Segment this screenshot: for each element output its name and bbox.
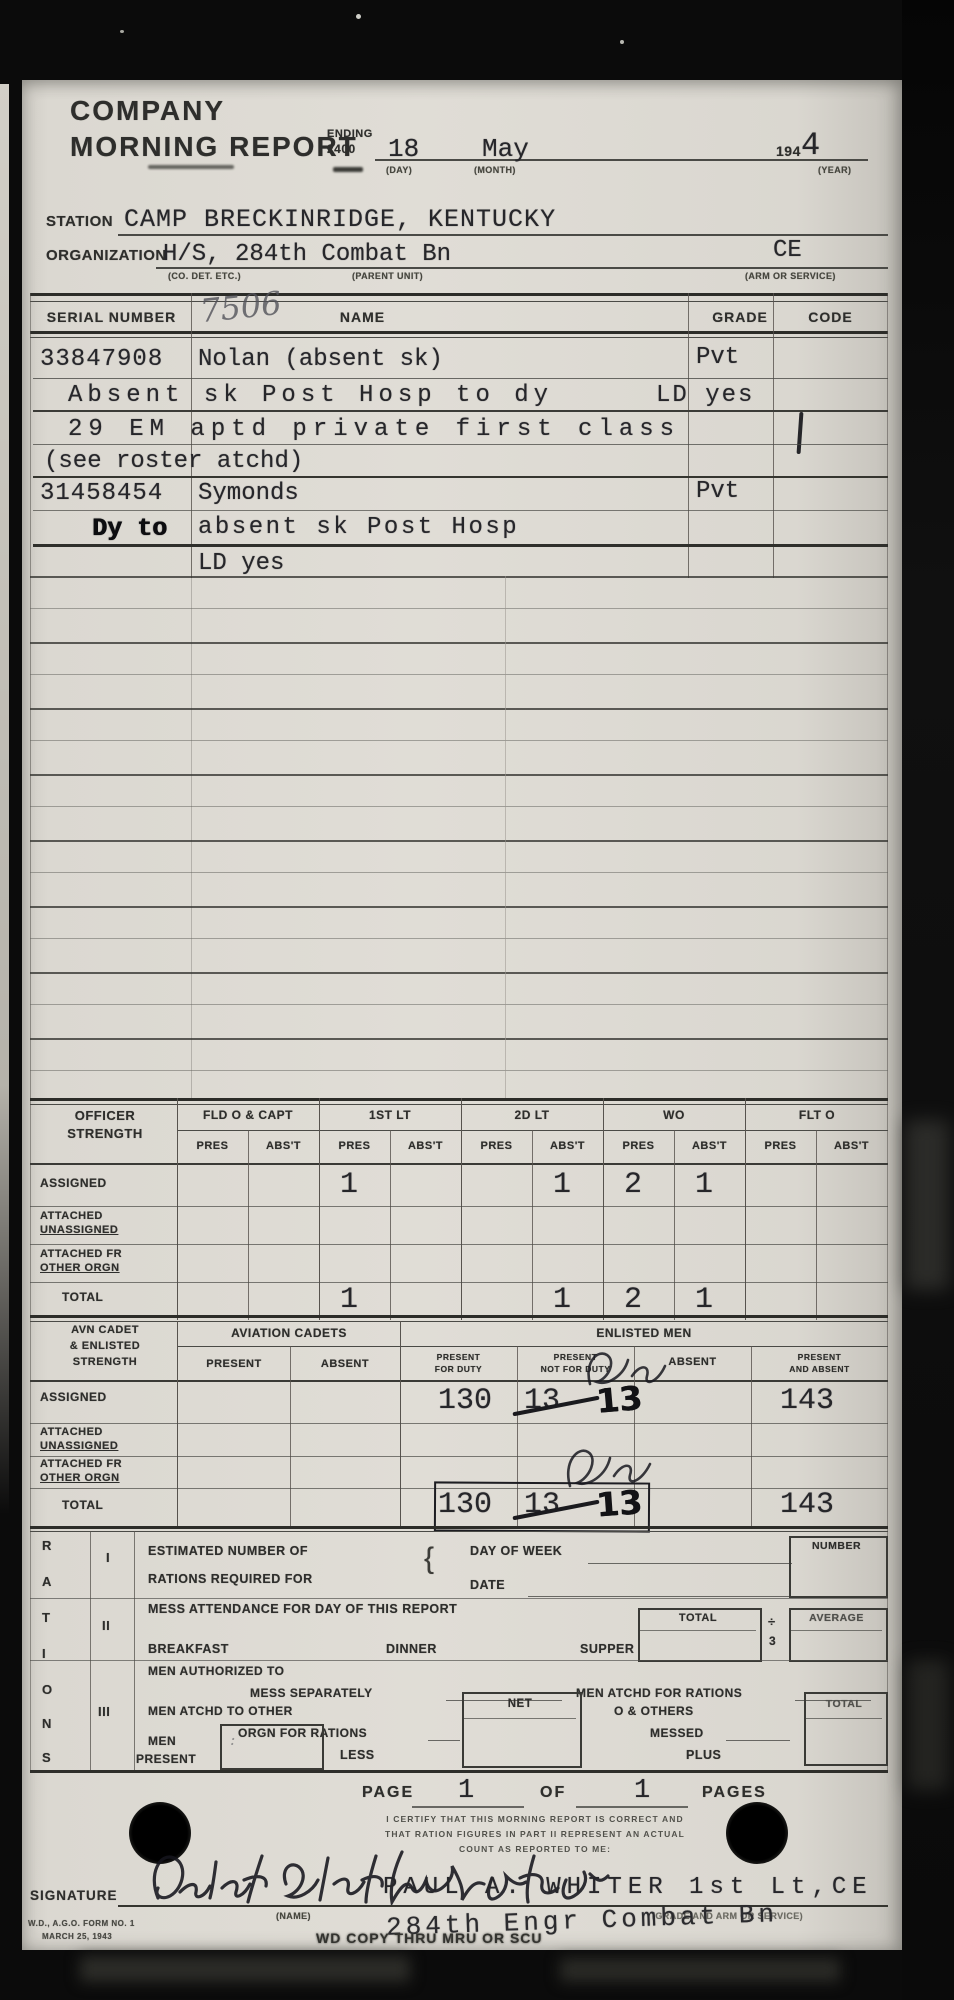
enlisted-row-attached-fr: OTHER ORGN [40, 1472, 120, 1484]
certify-line1: I CERTIFY THAT THIS MORNING REPORT IS CO… [330, 1812, 740, 1827]
ending-label: ENDING [327, 128, 373, 140]
date-rule-line [375, 159, 868, 161]
entry2-serial: 31458454 [40, 480, 163, 507]
av-absent: ABSENT [292, 1358, 398, 1370]
row-line [33, 444, 888, 445]
enlisted-header: & ENLISTED [40, 1340, 170, 1352]
rations-numeral-2: II [102, 1618, 110, 1633]
certify-line2: THAT RATION FIGURES IN PART II REPRESENT… [330, 1827, 740, 1842]
officer-row-attached-fr: ATTACHED FR [40, 1248, 122, 1260]
enlisted-row-attached-unassigned: UNASSIGNED [40, 1440, 118, 1452]
table-border [30, 1526, 888, 1529]
pen-scrawl [558, 1442, 654, 1492]
month-label: (MONTH) [474, 165, 516, 175]
signed-name-typed: PAUL A. WHITER 1st Lt,CE [383, 1874, 873, 1901]
supper-label: SUPPER [580, 1642, 634, 1656]
men-present-box [220, 1724, 324, 1770]
section-line [30, 1660, 888, 1661]
entry1-line2: Absent sk Post Hosp to dy [68, 382, 553, 409]
rations-numeral-1: I [106, 1550, 110, 1565]
paper-crease [505, 576, 506, 1100]
sub-abst: ABS'T [250, 1140, 317, 1152]
row-line [33, 378, 888, 379]
divide-sign: ÷ [768, 1614, 776, 1629]
pages-label: PAGES [702, 1784, 767, 1802]
box-inner-line [791, 1630, 882, 1631]
roster-col-name: NAME [310, 309, 415, 325]
av-present: PRESENT [179, 1358, 289, 1370]
entry1-line2-right: LD yes [656, 382, 754, 409]
sub-pres: PRES [463, 1140, 530, 1152]
officer-strength-header: OFFICER [40, 1108, 170, 1123]
table-border [30, 301, 888, 302]
scan-speck [120, 30, 124, 33]
column-line [290, 1346, 291, 1526]
men-authorized-label: MEN AUTHORIZED TO [148, 1664, 285, 1678]
section-line [30, 1598, 888, 1599]
entry1-line4: (see roster atchd) [44, 448, 303, 475]
blank-ruled-lines [30, 576, 888, 1100]
officer-total-1stlt-pres: 1 [340, 1283, 370, 1317]
officer-row-attached-unassigned: ATTACHED [40, 1210, 103, 1222]
enlisted-row-attached-fr: ATTACHED FR [40, 1458, 122, 1470]
officer-group1: FLD O & CAPT [180, 1108, 316, 1122]
enlisted-row-attached-unassigned: ATTACHED [40, 1426, 103, 1438]
officer-group5: FLT O [748, 1108, 886, 1122]
divide-by: 3 [769, 1634, 776, 1648]
officer-total-wo-pres: 2 [624, 1283, 654, 1317]
wd-copy-label: WD COPY THRU MRU OR SCU [316, 1930, 543, 1946]
table-border [30, 1321, 888, 1322]
messed-label: MESSED [650, 1726, 704, 1740]
col-present-and-absent: PRESENT [753, 1352, 886, 1362]
rations-total-label: TOTAL [804, 1698, 884, 1710]
brace: { [424, 1542, 435, 1576]
faint-pen-mark: : [230, 1730, 235, 1749]
sub-pres: PRES [321, 1140, 388, 1152]
officer-total-2dlt-abst: 1 [553, 1283, 583, 1317]
column-line [674, 1130, 675, 1320]
year-typed: 4 [801, 127, 820, 164]
breakfast-label: BREAKFAST [148, 1642, 229, 1656]
entry1-name: Nolan (absent sk) [198, 346, 443, 373]
men-atchd-rations-label: MEN ATCHD FOR RATIONS [576, 1686, 742, 1700]
fill-line [726, 1740, 790, 1741]
column-line [751, 1346, 752, 1526]
day-value: 18 [388, 134, 419, 164]
row-line [30, 1244, 888, 1245]
station-label: STATION [46, 213, 113, 230]
officer-assigned-2dlt-abst: 1 [553, 1168, 583, 1202]
assigned-present-and-absent: 143 [762, 1384, 852, 1418]
arm-service-label: (ARM OR SERVICE) [745, 271, 836, 281]
row-line [33, 410, 888, 412]
ink-smudge [333, 167, 363, 172]
column-line [134, 1531, 135, 1772]
co-det-label: (CO. DET. ETC.) [168, 271, 241, 281]
of-label: OF [540, 1784, 566, 1802]
men-label: MEN [148, 1734, 176, 1748]
entry1-line3: 29 EM aptd private first class [68, 416, 680, 443]
col-present-for-duty: PRESENT [402, 1352, 515, 1362]
officer-strength-header: STRENGTH [40, 1126, 170, 1141]
column-line [688, 293, 689, 578]
pen-scrawl [580, 1346, 670, 1390]
form-title-line1: COMPANY [70, 95, 225, 127]
enlisted-men-group: ENLISTED MEN [402, 1326, 886, 1340]
officer-total-wo-abst: 1 [695, 1283, 725, 1317]
assigned-present-for-duty: 130 [420, 1384, 510, 1418]
box-inner-line [464, 1718, 576, 1719]
roster-col-code: CODE [778, 309, 883, 325]
scan-smudge [907, 1660, 949, 1790]
arm-service-value: CE [773, 237, 802, 264]
column-line [390, 1130, 391, 1320]
officer-row-attached-fr: OTHER ORGN [40, 1262, 120, 1274]
station-value: CAMP BRECKINRIDGE, KENTUCKY [124, 205, 556, 234]
enlisted-header: AVN CADET [40, 1324, 170, 1336]
organization-label: ORGANIZATION [46, 247, 167, 264]
officer-assigned-wo-pres: 2 [624, 1168, 654, 1202]
entry1-serial: 33847908 [40, 346, 163, 373]
form-title-line2: MORNING REPORT [70, 131, 358, 163]
sub-abst: ABS'T [818, 1140, 885, 1152]
ink-smudge [148, 165, 234, 169]
enlisted-row-assigned: ASSIGNED [40, 1390, 107, 1404]
officer-row-attached-unassigned: UNASSIGNED [40, 1224, 118, 1236]
table-border [30, 1104, 888, 1105]
page-value: 1 [458, 1776, 474, 1806]
sub-pres: PRES [605, 1140, 672, 1152]
column-line [177, 1098, 178, 1320]
fill-line [528, 1596, 792, 1597]
rations-numeral-3: III [98, 1704, 110, 1719]
scanned-morning-report: COMPANY MORNING REPORT ENDING 2400 18 (D… [0, 0, 954, 2000]
officer-group4: WO [606, 1108, 742, 1122]
signature-label: SIGNATURE [30, 1888, 118, 1903]
table-border [30, 293, 888, 296]
row-line [30, 1282, 888, 1283]
mess-separately-label: MESS SEPARATELY [250, 1686, 373, 1700]
table-line [30, 1163, 888, 1165]
number-box-label: NUMBER [789, 1540, 884, 1552]
day-of-week-label: DAY OF WEEK [470, 1544, 562, 1558]
fill-line [576, 1806, 688, 1808]
mess-total-label: TOTAL [638, 1612, 758, 1624]
row-line [30, 1423, 888, 1424]
box-inner-line [806, 1718, 882, 1719]
table-line [177, 1346, 888, 1347]
rations-letter: T [42, 1610, 50, 1625]
year-label: (YEAR) [818, 165, 851, 175]
sub-abst: ABS'T [676, 1140, 743, 1152]
row-line [33, 544, 888, 547]
row-line [33, 510, 888, 511]
station-rule [118, 234, 888, 236]
table-border [30, 331, 888, 334]
plus-label: PLUS [686, 1748, 721, 1762]
sub-abst: ABS'T [534, 1140, 601, 1152]
enlisted-row-total: TOTAL [62, 1498, 103, 1512]
col-present-and-absent: AND ABSENT [753, 1364, 886, 1374]
box-inner-line [640, 1630, 756, 1631]
rations-letter: I [42, 1646, 46, 1661]
page-label: PAGE [362, 1784, 414, 1802]
name-label: (NAME) [276, 1911, 311, 1921]
column-line [461, 1098, 462, 1320]
form-number: W.D., A.G.O. FORM NO. 1 [28, 1919, 135, 1928]
officer-group2: 1ST LT [322, 1108, 458, 1122]
row-line [30, 1456, 888, 1457]
column-line [603, 1098, 604, 1320]
present-label: PRESENT [136, 1752, 196, 1766]
entry2-line2: absent sk Post Hosp [198, 514, 519, 541]
officer-row-assigned: ASSIGNED [40, 1176, 107, 1190]
net-box-label: NET [462, 1698, 578, 1710]
form-date: MARCH 25, 1943 [42, 1932, 112, 1941]
total-present-and-absent: 143 [762, 1488, 852, 1522]
table-border [30, 1531, 888, 1532]
scan-speck [620, 40, 624, 44]
year-printed: 194 [776, 143, 801, 159]
table-line [30, 1380, 888, 1382]
roster-col-serial: SERIAL NUMBER [44, 309, 179, 325]
officer-group3: 2D LT [464, 1108, 600, 1122]
date-label: DATE [470, 1578, 505, 1592]
rations-letter: N [42, 1716, 52, 1731]
fill-line [428, 1740, 460, 1741]
column-line [773, 293, 774, 578]
organization-value: H/S, 284th Combat Bn [163, 241, 451, 268]
sub-abst: ABS'T [392, 1140, 459, 1152]
table-border [30, 1315, 888, 1318]
o-others-label: O & OTHERS [614, 1704, 694, 1718]
entry2-stamp: Dy to [92, 514, 167, 543]
entry2-name: Symonds [198, 480, 299, 507]
officer-row-total: TOTAL [62, 1290, 103, 1304]
scan-speck [356, 14, 361, 19]
row-line [33, 476, 888, 478]
table-border [30, 1098, 888, 1101]
sub-pres: PRES [179, 1140, 246, 1152]
organization-rule [156, 267, 888, 269]
men-atchd-other-label: MEN ATCHD TO OTHER [148, 1704, 293, 1718]
entry2-line3: LD yes [198, 550, 284, 577]
column-line [745, 1098, 746, 1320]
mess-attendance-label: MESS ATTENDANCE FOR DAY OF THIS REPORT [148, 1602, 457, 1616]
fill-line [588, 1563, 792, 1564]
section-bottom-line [30, 1770, 888, 1773]
scan-smudge [560, 1958, 840, 1982]
entry2-grade: Pvt [696, 478, 739, 505]
enlisted-header: STRENGTH [40, 1356, 170, 1368]
day-label: (DAY) [386, 165, 412, 175]
column-line [532, 1130, 533, 1320]
officer-assigned-1stlt-pres: 1 [340, 1168, 370, 1202]
fill-line [412, 1806, 524, 1808]
rations-letter: A [42, 1574, 52, 1589]
rations-letter: S [42, 1750, 51, 1765]
column-line [816, 1130, 817, 1320]
column-line [248, 1130, 249, 1320]
page-edge-sliver [0, 84, 9, 1514]
row-line [30, 1206, 888, 1207]
month-value: May [482, 134, 529, 164]
scan-smudge [80, 1956, 410, 1982]
column-line [319, 1098, 320, 1320]
column-line [90, 1531, 91, 1772]
parent-unit-label: (PARENT UNIT) [352, 271, 423, 281]
scan-smudge [905, 1120, 949, 1290]
dinner-label: DINNER [386, 1642, 437, 1656]
table-border [30, 337, 888, 338]
rations-est-line2: RATIONS REQUIRED FOR [148, 1572, 313, 1586]
average-box-label: AVERAGE [789, 1612, 884, 1624]
entry1-grade: Pvt [696, 344, 739, 371]
col-present-for-duty: FOR DUTY [402, 1364, 515, 1374]
rations-letter: R [42, 1538, 52, 1553]
rations-letter: O [42, 1682, 53, 1697]
rations-est-line1: ESTIMATED NUMBER OF [148, 1544, 308, 1558]
sub-pres: PRES [747, 1140, 814, 1152]
officer-assigned-wo-abst: 1 [695, 1168, 725, 1202]
less-label: LESS [340, 1748, 375, 1762]
pages-value: 1 [634, 1776, 650, 1806]
ending-time: 2400 [327, 142, 356, 156]
aviation-cadets-group: AVIATION CADETS [180, 1326, 398, 1340]
